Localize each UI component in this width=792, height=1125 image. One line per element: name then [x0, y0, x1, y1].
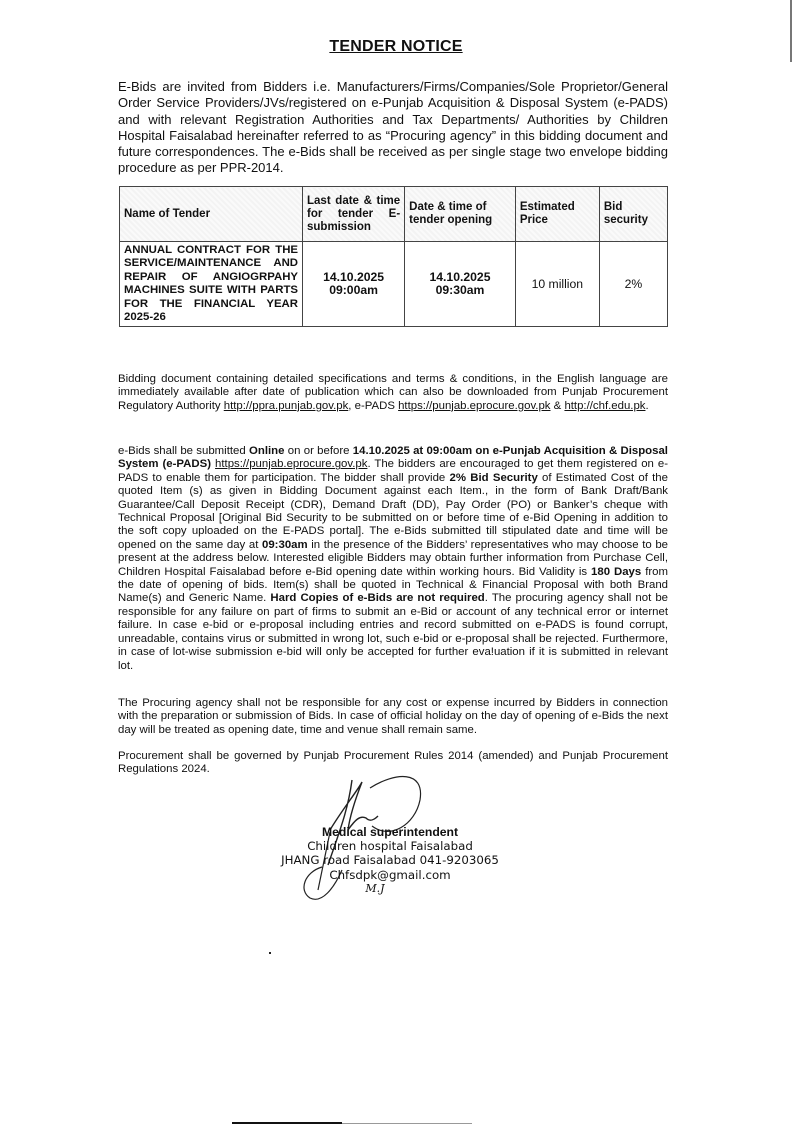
signature-block: Medical superintendent Children hospital…: [250, 825, 530, 896]
estimated-price-cell: 10 million: [515, 242, 599, 327]
tender-table: Name of Tender Last date & time for tend…: [119, 186, 668, 327]
opening-date: 14.10.2025: [409, 271, 511, 284]
header-estimated-price: Estimated Price: [515, 187, 599, 242]
signatory-org: Children hospital Faisalabad: [250, 839, 530, 853]
signatory-email: Chfsdpk@gmail.com: [250, 868, 530, 882]
opening-date-cell: 14.10.2025 09:30am: [405, 242, 516, 327]
intro-paragraph: E-Bids are invited from Bidders i.e. Man…: [118, 79, 668, 177]
responsibility-paragraph: The Procuring agency shall not be respon…: [118, 697, 668, 737]
header-opening-date: Date & time of tender opening: [405, 187, 516, 242]
bidding-document-paragraph: Bidding document containing detailed spe…: [118, 373, 668, 413]
tender-notice-page: TENDER NOTICE E-Bids are invited from Bi…: [0, 0, 792, 1125]
scan-speck: [269, 952, 271, 954]
submission-deadline-cell: 14.10.2025 09:00am: [303, 242, 405, 327]
submission-time: 09:00am: [307, 284, 400, 297]
submission-date: 14.10.2025: [307, 271, 400, 284]
handwritten-initials: M.J: [220, 882, 530, 896]
scan-bottom-line: [232, 1122, 342, 1124]
submission-paragraph: e-Bids shall be submitted Online on or b…: [118, 445, 668, 673]
ppra-link[interactable]: http://ppra.punjab.gov.pk: [224, 400, 349, 412]
table-row: ANNUAL CONTRACT FOR THE SERVICE/MAINTENA…: [120, 242, 668, 327]
epads-link[interactable]: https://punjab.eprocure.gov.pk: [398, 400, 550, 412]
header-submission-deadline: Last date & time for tender E-submission: [303, 187, 405, 242]
table-header-row: Name of Tender Last date & time for tend…: [120, 187, 668, 242]
chf-link[interactable]: http://chf.edu.pk: [564, 400, 645, 412]
header-bid-security: Bid security: [599, 187, 667, 242]
scan-bottom-line-faint: [342, 1123, 472, 1124]
signatory-role: Medical superintendent: [250, 825, 530, 839]
bid-security-cell: 2%: [599, 242, 667, 327]
header-name-of-tender: Name of Tender: [120, 187, 303, 242]
opening-time: 09:30am: [409, 284, 511, 297]
page-title: TENDER NOTICE: [0, 38, 792, 56]
epads-link-2[interactable]: https://punjab.eprocure.gov.pk: [215, 458, 367, 470]
tender-name-cell: ANNUAL CONTRACT FOR THE SERVICE/MAINTENA…: [120, 242, 303, 327]
signatory-address: JHANG road Faisalabad 041-9203065: [250, 853, 530, 867]
